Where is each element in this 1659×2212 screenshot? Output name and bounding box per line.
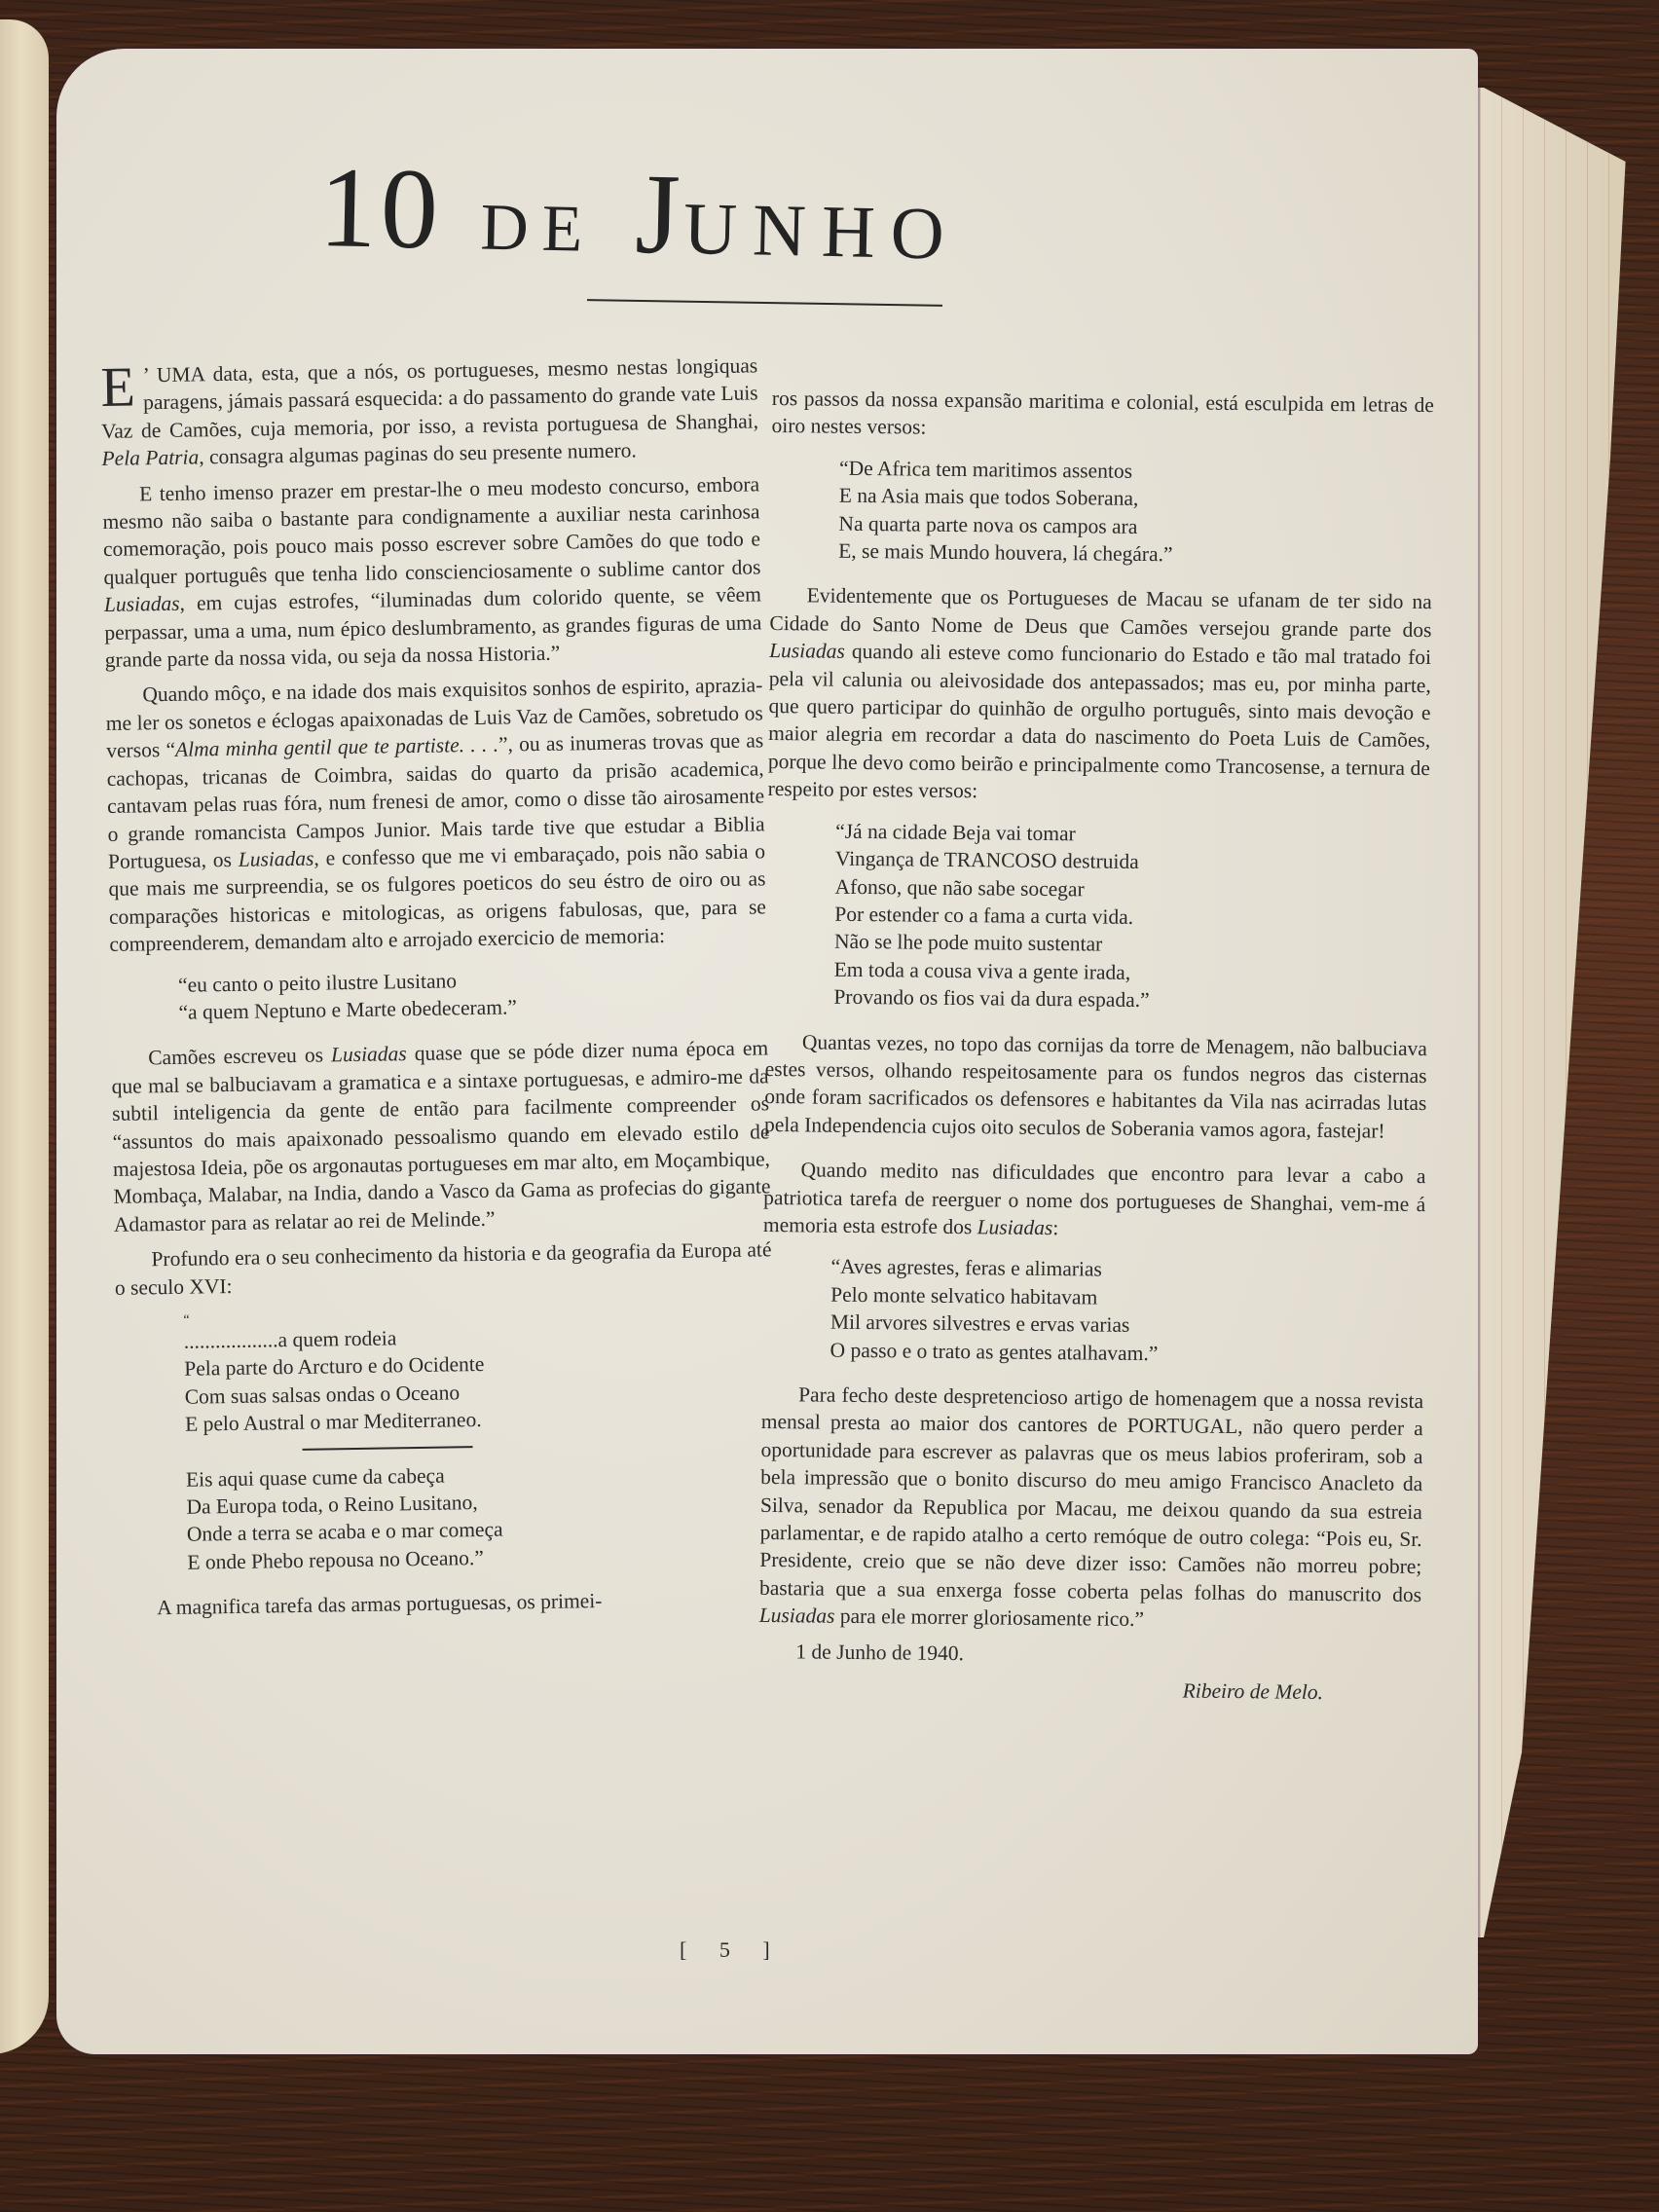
paragraph: Quando medito nas dificuldades que encon… <box>763 1156 1426 1245</box>
title-rule <box>587 299 942 307</box>
title-day: 10 <box>318 143 444 274</box>
paragraph: Quando môço, e na idade dos mais exquisi… <box>105 672 766 959</box>
right-column: ros passos da nossa expansão maritima e … <box>758 385 1434 1715</box>
verse-quote: “ ..................a quem rodeia Pela p… <box>183 1305 776 1576</box>
title-month-initial: J <box>634 150 685 278</box>
article-date: 1 de Junho de 1940. <box>758 1638 1420 1673</box>
paragraph: E’ UMA data, esta, que a nós, os portugu… <box>100 351 759 472</box>
paragraph: A magnifica tarefa das armas portuguesas… <box>120 1584 777 1622</box>
page-title: 10DEJUNHO <box>318 141 1295 294</box>
title-de: DE <box>480 189 597 265</box>
paragraph: Profundo era o seu conhecimento da histo… <box>114 1235 772 1301</box>
page-number: [ 5 ] <box>680 1937 784 1963</box>
verse-quote: “De Africa tem maritimos assentos E na A… <box>838 455 1433 571</box>
book-page: 10DEJUNHO E’ UMA data, esta, que a nós, … <box>56 49 1478 2054</box>
left-column: E’ UMA data, esta, que a nós, os portugu… <box>100 351 777 1630</box>
verse-quote: “Já na cidade Beja vai tomar Vingança de… <box>833 817 1429 1016</box>
verse-quote: “eu canto o peito ilustre Lusitano “a qu… <box>178 962 768 1026</box>
paragraph: Camões escreveu os Lusiadas quase que se… <box>111 1035 771 1238</box>
verse-quote: “Aves agrestes, feras e alimarias Pelo m… <box>829 1253 1424 1370</box>
paragraph: ros passos da nossa expansão maritima e … <box>771 385 1434 447</box>
title-month-rest: UNHO <box>682 188 960 276</box>
paragraph: Quantas vezes, no topo das cornijas da t… <box>764 1027 1427 1145</box>
drop-cap: E <box>100 363 135 411</box>
verse-divider <box>303 1446 473 1451</box>
author-signature: Ribeiro de Melo. <box>758 1673 1420 1708</box>
paragraph: E tenho imenso prazer em prestar-lhe o m… <box>102 470 762 674</box>
paragraph: Evidentemente que os Portugueses de Maca… <box>768 581 1432 809</box>
paragraph: Para fecho deste despretencioso artigo d… <box>759 1381 1424 1637</box>
previous-page-edge <box>0 19 49 2054</box>
